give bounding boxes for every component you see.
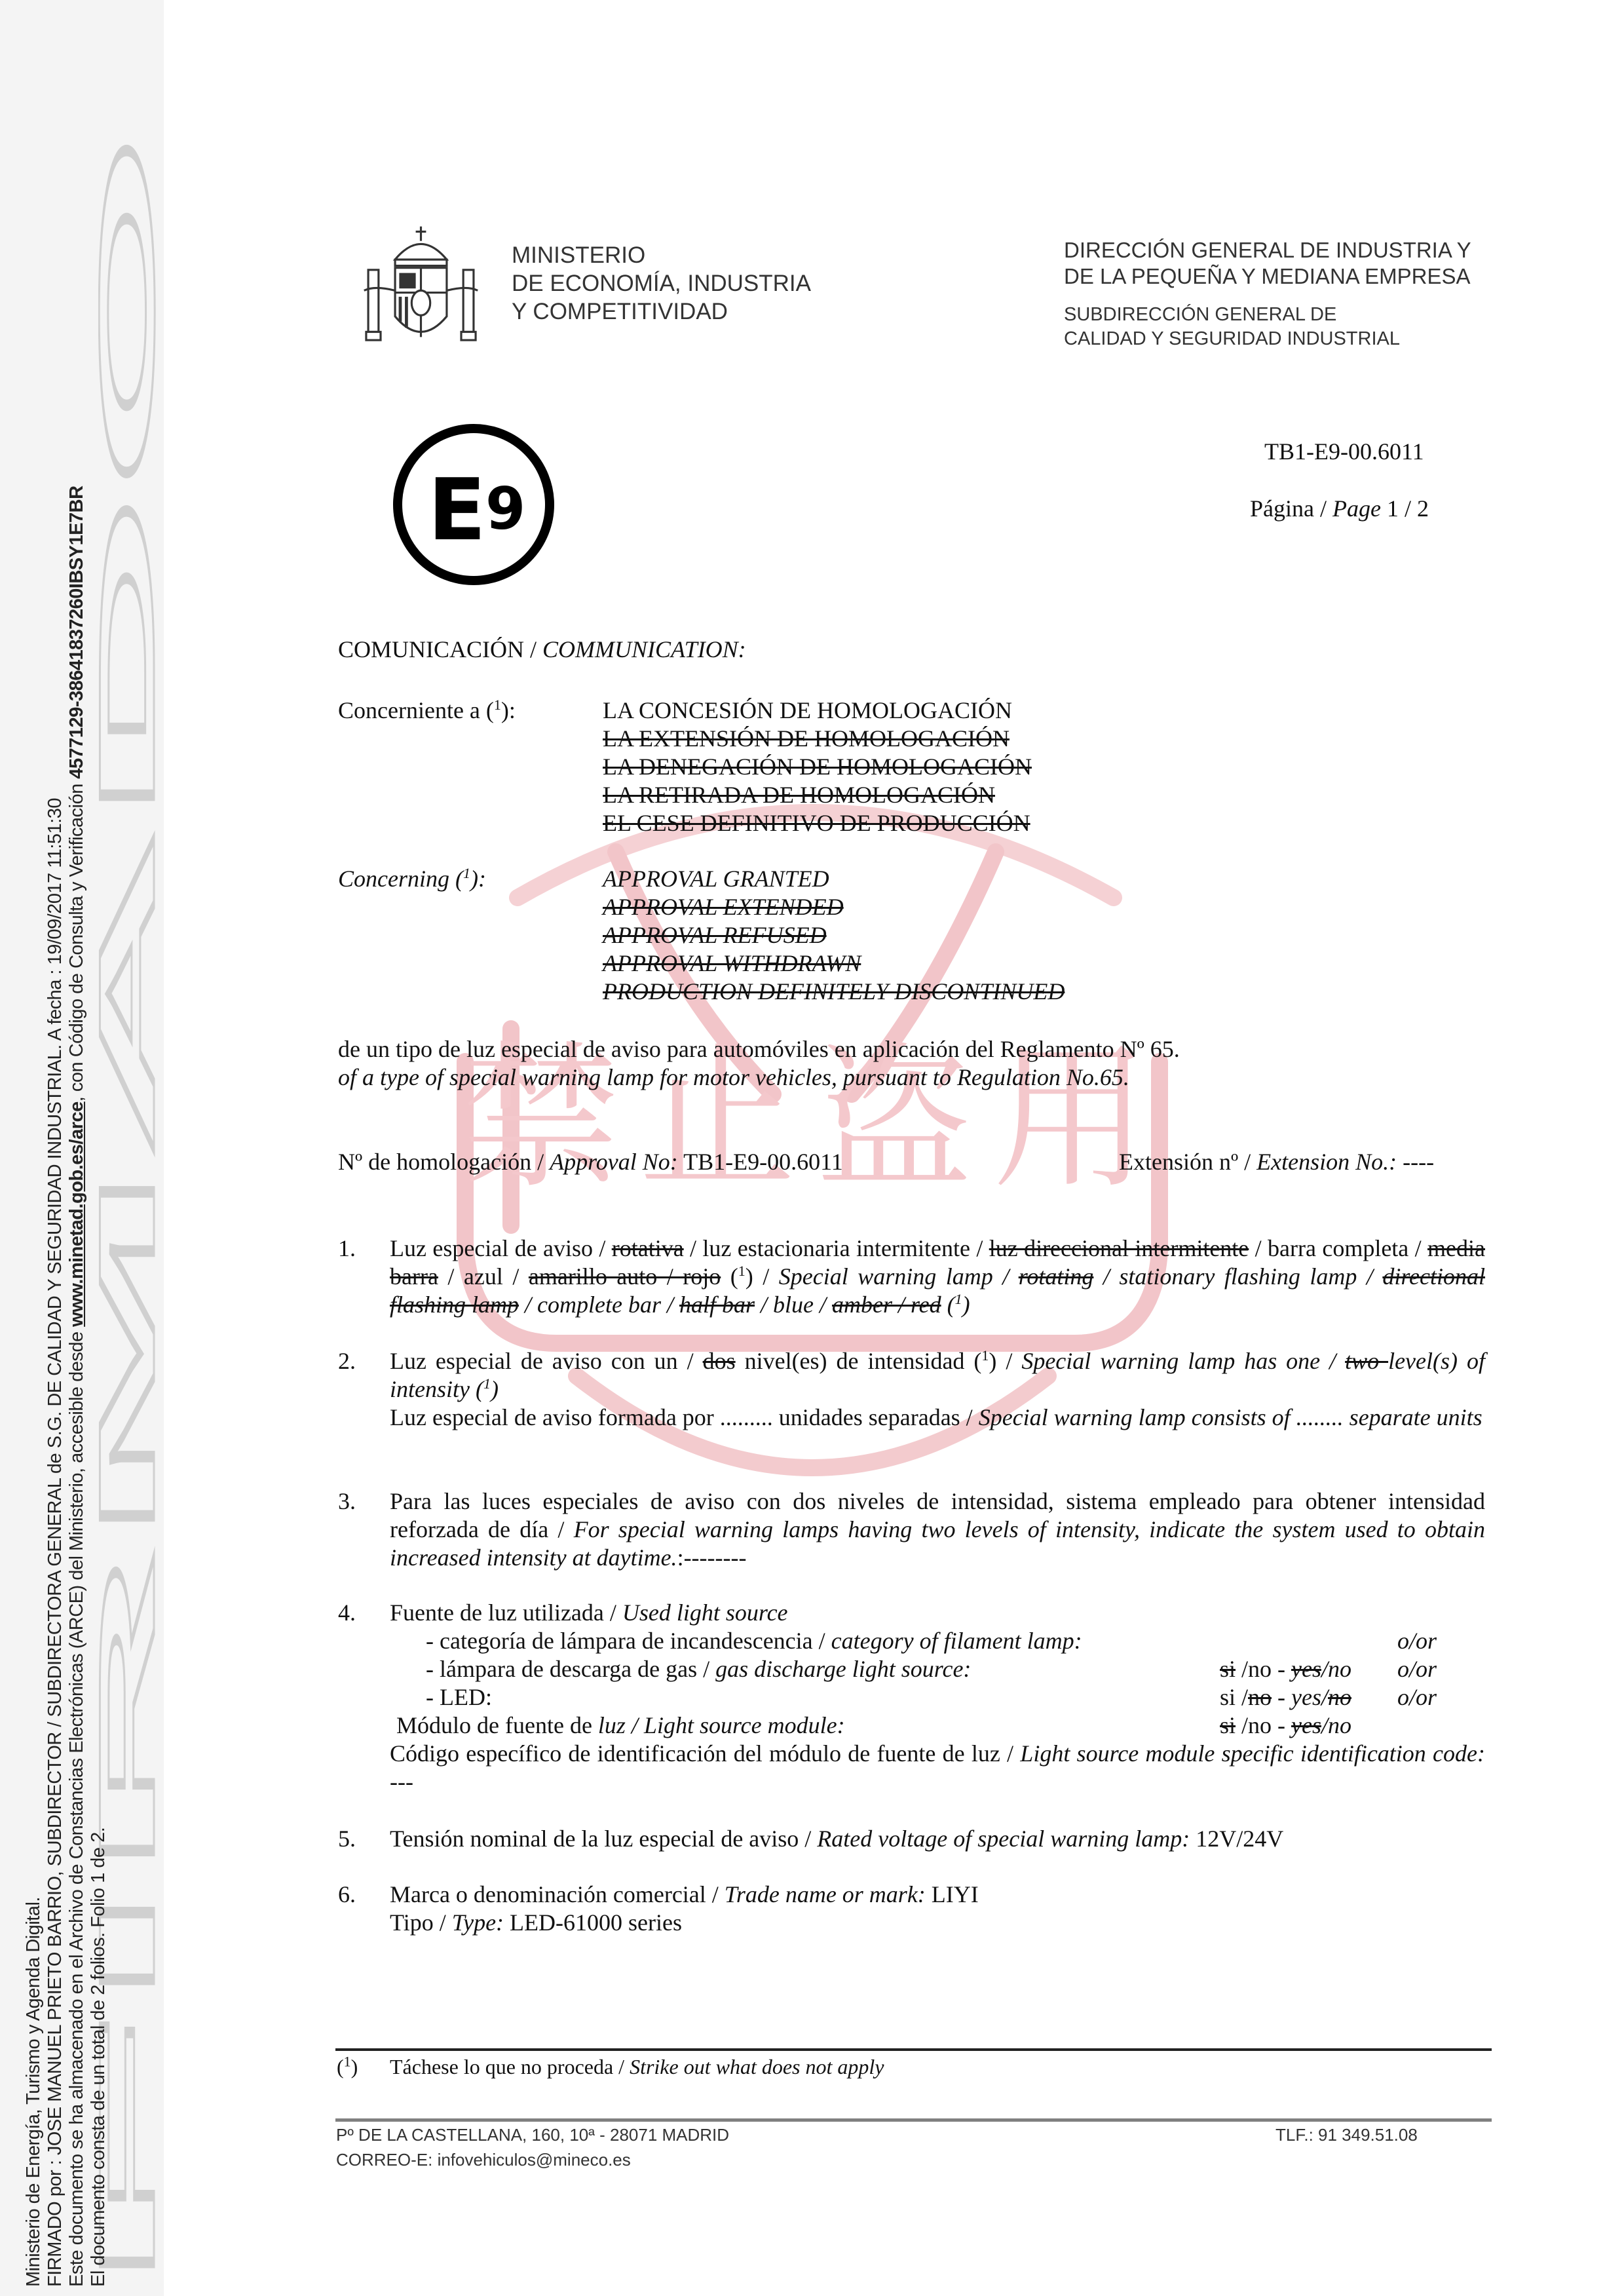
module-label: Módulo de fuente de luz / Light source m… [396, 1712, 845, 1740]
concerning-option: LA CONCESIÓN DE HOMOLOGACIÓN [603, 697, 1032, 725]
coat-of-arms-icon [354, 218, 488, 353]
light-source-row-or: o/or [1397, 1655, 1437, 1683]
concerning-es-options: LA CONCESIÓN DE HOMOLOGACIÓNLA EXTENSIÓN… [603, 697, 1032, 837]
light-source-row-label: - lámpara de descarga de gas / gas disch… [426, 1655, 971, 1683]
item-2-units: Luz especial de aviso formada por ......… [390, 1404, 1485, 1432]
rated-voltage: Tensión nominal de la luz especial de av… [390, 1825, 1283, 1853]
concerning-option: LA RETIRADA DE HOMOLOGACIÓN [603, 781, 1032, 809]
concerning-en-options: APPROVAL GRANTEDAPPROVAL EXTENDEDAPPROVA… [603, 865, 1065, 1006]
signature-line-4: El documento consta de un total de 2 fol… [88, 486, 109, 2287]
footnote-divider [335, 2048, 1492, 2051]
concerning-option: APPROVAL GRANTED [603, 865, 1065, 893]
concerning-option: PRODUCTION DEFINITELY DISCONTINUED [603, 978, 1065, 1006]
concerning-option: LA DENEGACIÓN DE HOMOLOGACIÓN [603, 753, 1032, 781]
arce-link[interactable]: www.minetad.gob.es/arce [66, 1101, 87, 1327]
item-1-text: Luz especial de aviso / rotativa / luz e… [390, 1234, 1485, 1319]
concerning-option: LA EXTENSIÓN DE HOMOLOGACIÓN [603, 725, 1032, 753]
sub-directorate: SUBDIRECCIÓN GENERAL DE CALIDAD Y SEGURI… [1064, 303, 1400, 351]
light-source-row-choice: si /no - yes/no [1220, 1655, 1351, 1683]
signature-line-2: FIRMADO por : JOSE MANUEL PRIETO BARRIO,… [45, 486, 66, 2287]
type-description-es: de un tipo de luz especial de aviso para… [338, 1035, 1180, 1063]
concerning-option: EL CESE DEFINITIVO DE PRODUCCIÓN [603, 809, 1032, 837]
communication-title: COMUNICACIÓN / COMMUNICATION: [338, 636, 746, 664]
e9-approval-mark: E 9 [392, 423, 556, 586]
signature-text-block: Ministerio de Energía, Turismo y Agenda … [23, 486, 109, 2287]
verification-code: 4577129-38641837260IBSY1E7BR [66, 486, 87, 778]
concerning-option: APPROVAL EXTENDED [603, 893, 1065, 921]
svg-text:E: E [428, 460, 486, 560]
footnote-marker: (1) [337, 2055, 358, 2079]
reference-code: TB1-E9-00.6011 [1264, 438, 1424, 465]
concerning-option: APPROVAL WITHDRAWN [603, 949, 1065, 978]
footnote-text: Táchese lo que no proceda / Strike out w… [390, 2055, 884, 2079]
footer-divider [335, 2118, 1492, 2122]
item-2-number: 2. [338, 1347, 356, 1375]
light-source-row-or: o/or [1397, 1627, 1437, 1655]
light-source-row-label: - LED: [426, 1683, 492, 1712]
ministry-name: MINISTERIO DE ECONOMÍA, INDUSTRIA Y COMP… [512, 241, 811, 326]
module-code: Código específico de identificación del … [390, 1740, 1485, 1796]
footer-phone: TLF.: 91 349.51.08 [1275, 2125, 1418, 2145]
footer-email[interactable]: CORREO-E: infovehiculos@mineco.es [336, 2150, 631, 2170]
item-6-number: 6. [338, 1881, 356, 1909]
item-3-number: 3. [338, 1487, 356, 1516]
lamp-type: Tipo / Type: LED-61000 series [390, 1909, 682, 1937]
signature-line-1: Ministerio de Energía, Turismo y Agenda … [23, 486, 45, 2287]
page-indicator: Página / Page 1 / 2 [1250, 495, 1429, 522]
svg-text:9: 9 [485, 475, 525, 543]
item-1-number: 1. [338, 1234, 356, 1263]
light-source-row-label: - categoría de lámpara de incandescencia… [426, 1627, 1082, 1655]
concerning-en-label: Concerning (1): [338, 865, 486, 893]
light-source-row-or: o/or [1397, 1683, 1437, 1712]
signature-sidebar: FIRMADO Ministerio de Energía, Turismo y… [0, 0, 164, 2296]
extension-number: Extensión nº / Extension No.: ---- [1119, 1148, 1434, 1176]
light-source-row-choice: si /no - yes/no [1220, 1683, 1351, 1712]
signature-line-3: Este documento se ha almacenado en el Ar… [66, 486, 88, 2287]
item-5-number: 5. [338, 1825, 356, 1853]
trade-name: Marca o denominación comercial / Trade n… [390, 1881, 979, 1909]
module-choice: si /no - yes/no [1220, 1712, 1351, 1740]
item-4-title: Fuente de luz utilizada / Used light sou… [390, 1599, 788, 1627]
concerning-option: APPROVAL REFUSED [603, 921, 1065, 949]
footer-address: Pº DE LA CASTELLANA, 160, 10ª - 28071 MA… [336, 2125, 729, 2145]
general-directorate: DIRECCIÓN GENERAL DE INDUSTRIA Y DE LA P… [1064, 237, 1471, 290]
item-3-text: Para las luces especiales de aviso con d… [390, 1487, 1485, 1572]
item-4-number: 4. [338, 1599, 356, 1627]
approval-number: Nº de homologación / Approval No: TB1-E9… [338, 1148, 843, 1176]
type-description-en: of a type of special warning lamp for mo… [338, 1063, 1129, 1092]
concerning-es-label: Concerniente a (1): [338, 697, 516, 725]
item-2-text: Luz especial de aviso con un / dos nivel… [390, 1347, 1485, 1432]
